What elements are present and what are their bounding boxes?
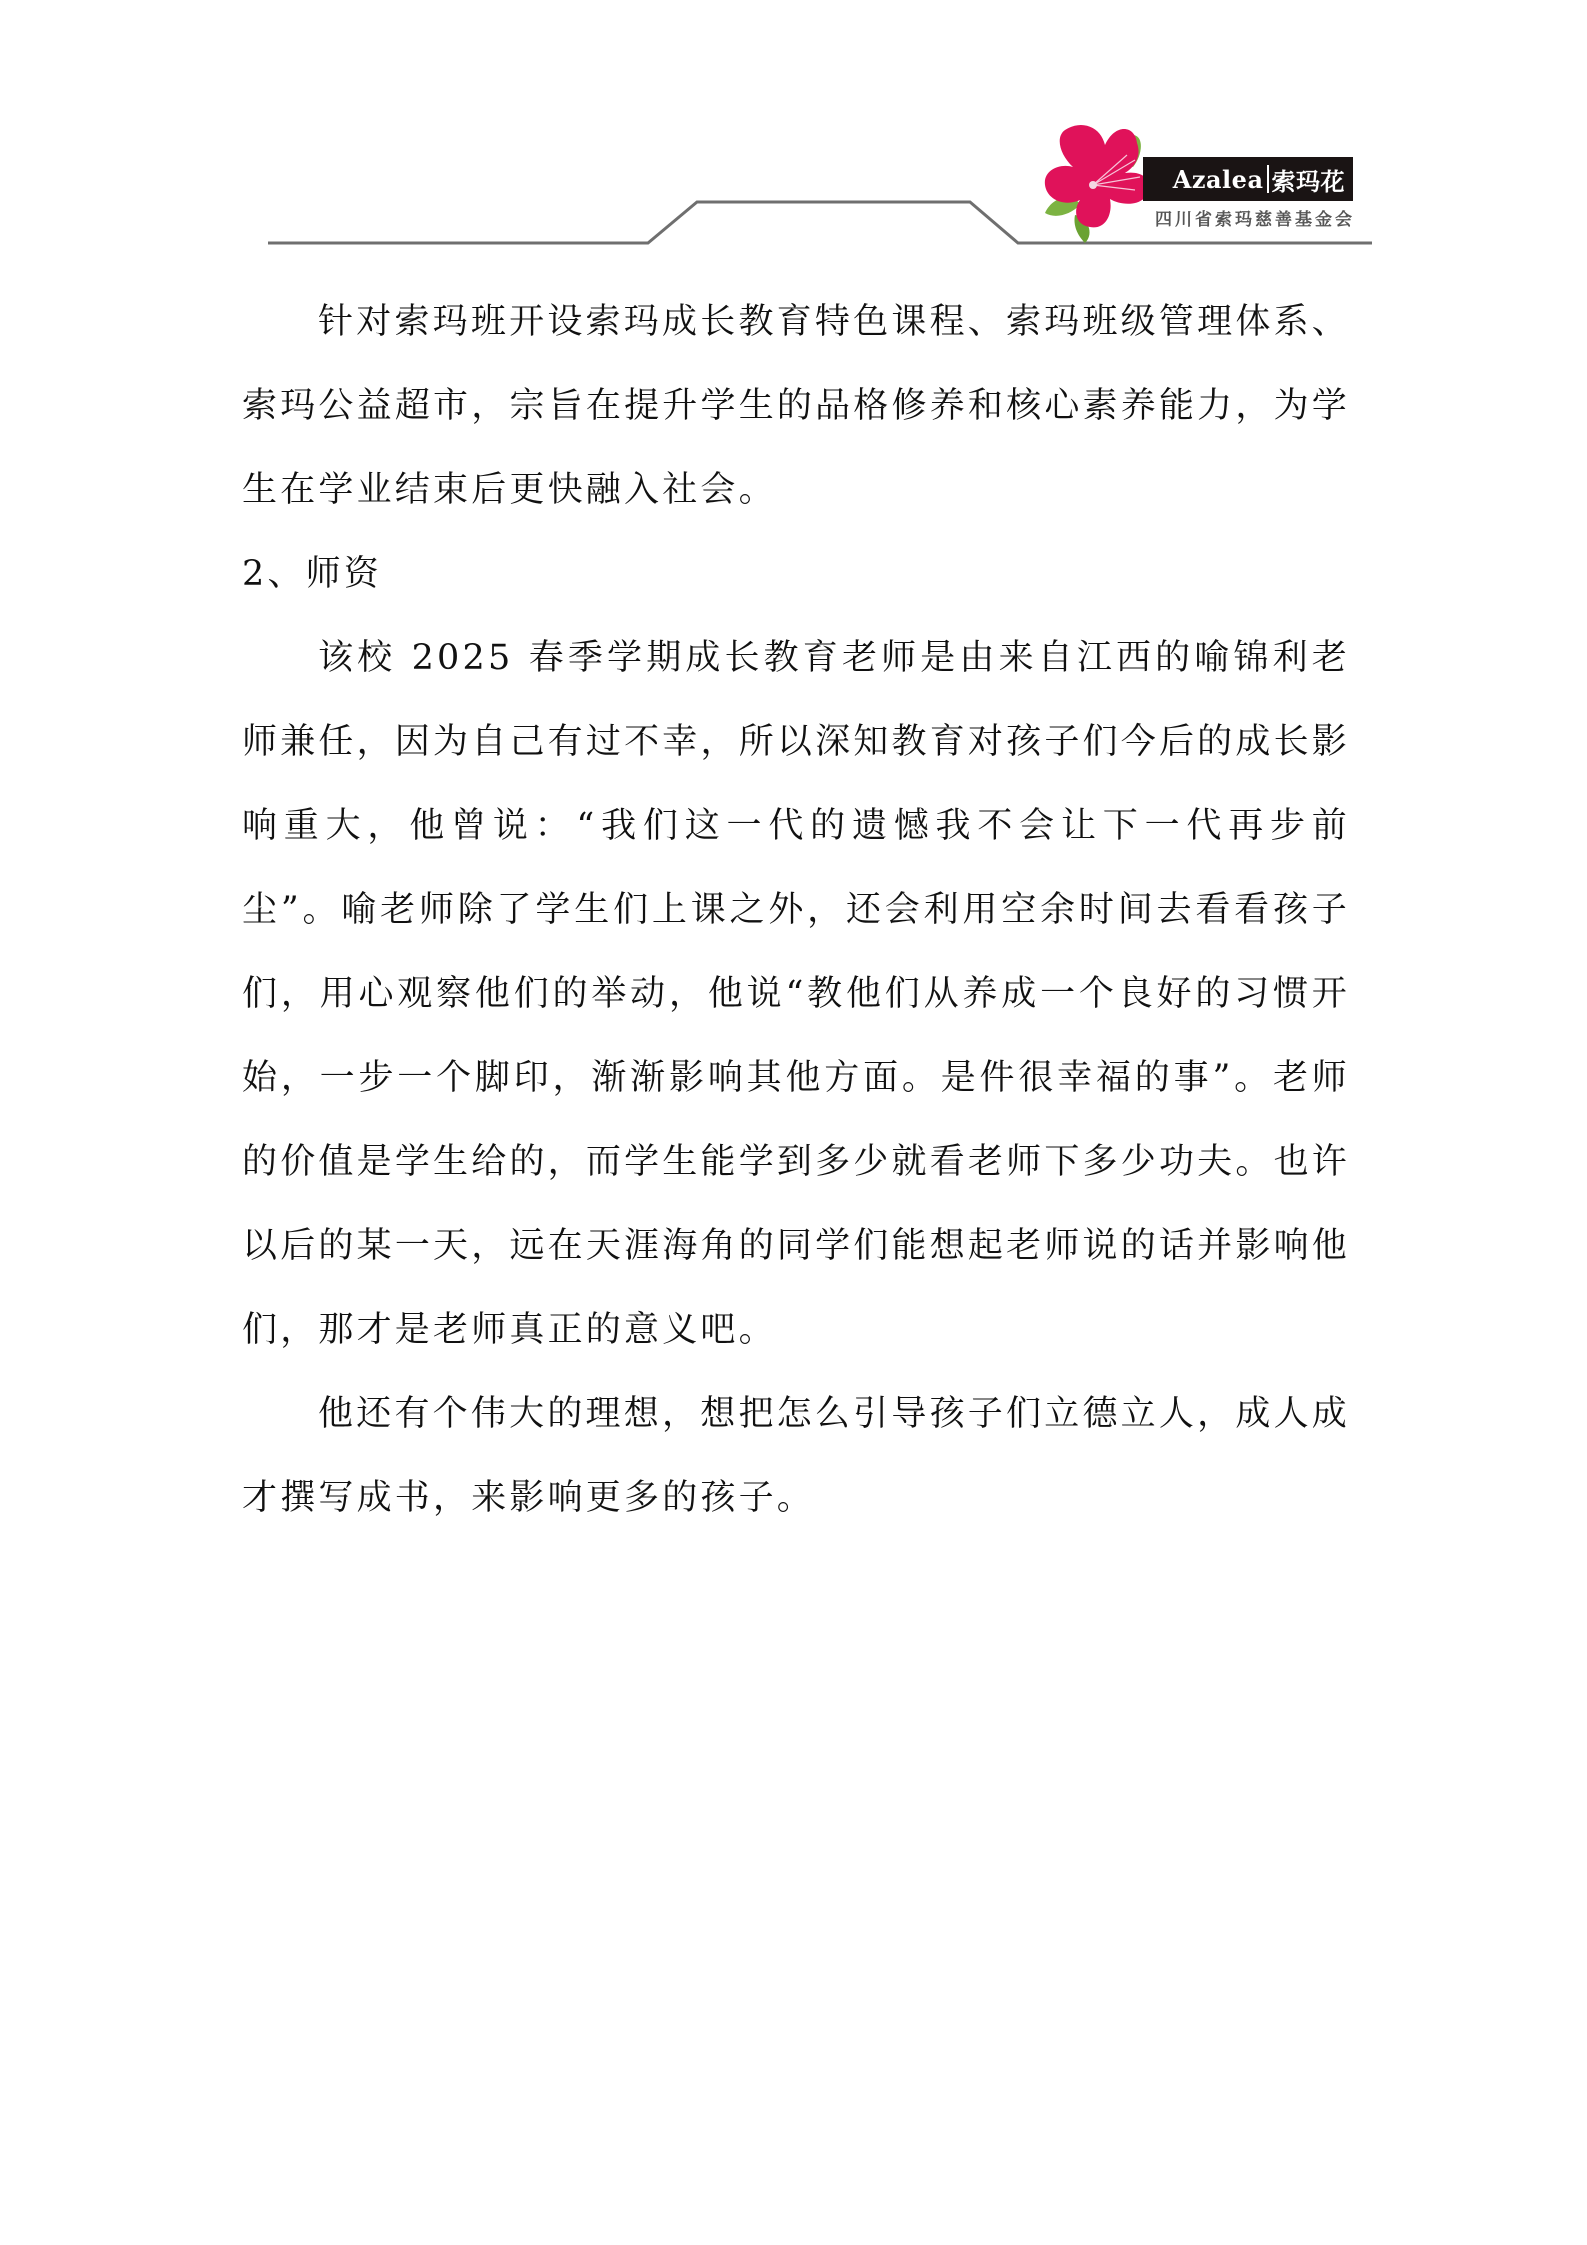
intro-paragraph: 针对索玛班开设索玛成长教育特色课程、索玛班级管理体系、索玛公益超市，宗旨在提升学… <box>242 280 1350 532</box>
document-body: 针对索玛班开设索玛成长教育特色课程、索玛班级管理体系、索玛公益超市，宗旨在提升学… <box>242 280 1350 1540</box>
logo-organization-name: 四川省索玛慈善基金会 <box>1155 205 1355 230</box>
logo-name-band: Azalea 索玛花 <box>1143 157 1353 201</box>
section-heading-faculty: 2、师资 <box>242 532 1350 616</box>
ideal-paragraph: 他还有个伟大的理想，想把怎么引导孩子们立德立人，成人成才撰写成书，来影响更多的孩… <box>242 1372 1350 1540</box>
logo-separator <box>1267 165 1269 193</box>
teacher-paragraph: 该校 2025 春季学期成长教育老师是由来自江西的喻锦利老师兼任，因为自己有过不… <box>242 616 1350 1372</box>
logo-english-name: Azalea <box>1173 165 1264 194</box>
logo-chinese-name: 索玛花 <box>1272 162 1346 197</box>
foundation-logo: Azalea 索玛花 四川省索玛慈善基金会 <box>1035 115 1355 245</box>
